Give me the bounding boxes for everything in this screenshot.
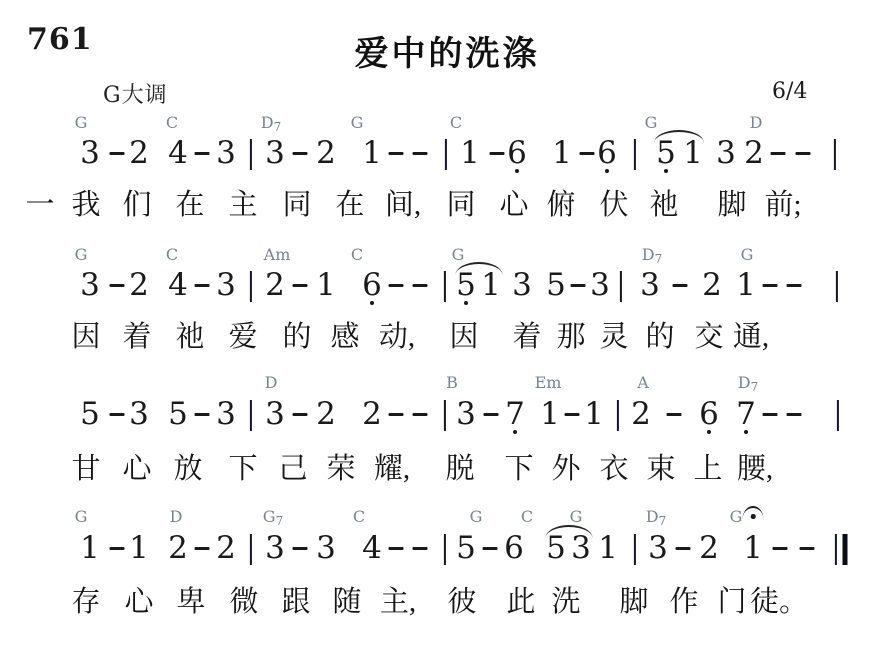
low-octave-dot: [744, 430, 748, 434]
note: 7: [505, 399, 525, 429]
hymn-title: 爱中的洗涤: [355, 26, 540, 75]
note: 1: [736, 270, 756, 300]
lyric-char: 衣: [599, 453, 628, 485]
duration-dash: [413, 152, 428, 155]
note: 2: [362, 399, 382, 429]
note: 3: [80, 270, 100, 300]
lyric-char: 在: [175, 189, 204, 221]
duration-dash: [293, 547, 308, 550]
note: 6: [504, 533, 524, 563]
lyric-char: 俯: [546, 189, 575, 221]
lyric-char: 的: [645, 321, 674, 353]
note: 1: [460, 138, 480, 168]
chord-label: Em: [535, 374, 562, 391]
note: 3: [648, 533, 668, 563]
duration-dash: [771, 152, 786, 155]
chord-label: C: [353, 508, 365, 525]
chord-label: D: [170, 508, 183, 525]
duration-dash: [110, 413, 125, 416]
lyric-char: 卑: [176, 586, 205, 618]
chord-label: C: [166, 114, 178, 131]
duration-dash: [389, 152, 404, 155]
barline: [620, 271, 622, 302]
duration-dash: [565, 413, 580, 416]
lyric-char: 作: [669, 586, 698, 618]
note: 1: [129, 533, 149, 563]
duration-dash: [293, 413, 308, 416]
note: 6: [362, 270, 382, 300]
note: 3: [640, 270, 660, 300]
chord-label: D7: [646, 508, 666, 525]
low-octave-dot: [515, 169, 519, 173]
lyric-char: 心: [499, 189, 528, 221]
note: 3: [265, 138, 285, 168]
chord-label: Am: [264, 246, 291, 263]
duration-dash: [195, 152, 210, 155]
barline: [836, 271, 838, 302]
low-octave-dot: [605, 169, 609, 173]
duration-dash: [667, 413, 682, 416]
lyric-char: 放: [173, 453, 202, 485]
note: 2: [129, 270, 149, 300]
barline: [250, 534, 252, 565]
chord-label: G: [75, 114, 88, 131]
chord-label: C: [351, 246, 363, 263]
duration-dash: [484, 413, 499, 416]
duration-dash: [673, 284, 688, 287]
lyric-char: 同: [446, 189, 475, 221]
note: 5: [80, 399, 100, 429]
duration-dash: [490, 152, 505, 155]
chord-label: D7: [738, 374, 758, 391]
note: 1: [316, 270, 336, 300]
duration-dash: [110, 152, 125, 155]
chord-label: D: [750, 114, 763, 131]
duration-dash: [763, 413, 778, 416]
duration-dash: [796, 152, 811, 155]
chord-label: G: [452, 246, 465, 263]
note: 2: [129, 138, 149, 168]
barline: [617, 400, 619, 431]
note: 3: [456, 399, 476, 429]
barline: [444, 534, 446, 565]
lyric-char: 前;: [764, 189, 801, 221]
note: 5: [168, 399, 188, 429]
barline: [445, 139, 447, 170]
duration-dash: [195, 413, 210, 416]
note: 3: [216, 270, 236, 300]
duration-dash: [763, 284, 778, 287]
lyric-char: 门: [717, 586, 746, 618]
lyric-char: 随: [332, 586, 361, 618]
time-signature: 6/4: [772, 79, 807, 104]
lyric-char: 同: [282, 189, 311, 221]
lyric-char: 那: [556, 321, 585, 353]
chord-label: C: [450, 114, 462, 131]
chord-label: G: [730, 508, 743, 525]
chord-label: D: [265, 374, 278, 391]
lyric-char: 在: [335, 189, 364, 221]
lyric-char: 们: [122, 189, 151, 221]
note: 2: [316, 138, 336, 168]
note: 3: [80, 138, 100, 168]
note: 1: [540, 399, 560, 429]
chord-label: G: [75, 508, 88, 525]
note: 6: [597, 138, 617, 168]
note: 2: [631, 399, 651, 429]
duration-dash: [773, 547, 788, 550]
low-octave-dot: [370, 301, 374, 305]
barline: [634, 534, 636, 565]
note: 4: [168, 138, 188, 168]
note: 1: [552, 138, 572, 168]
duration-dash: [389, 547, 404, 550]
note: 1: [743, 533, 763, 563]
note: 1: [80, 533, 100, 563]
note: 3: [129, 399, 149, 429]
lyric-char: 我: [71, 189, 100, 221]
duration-dash: [195, 284, 210, 287]
barline: [444, 271, 446, 302]
low-octave-dot: [707, 430, 711, 434]
note: 2: [265, 270, 285, 300]
lyric-char: 下: [228, 453, 257, 485]
note: 3: [316, 533, 336, 563]
note: 2: [744, 138, 764, 168]
note: 2: [216, 533, 236, 563]
barline: [837, 400, 839, 431]
barline: [834, 139, 836, 170]
duration-dash: [293, 284, 308, 287]
note: 3: [265, 533, 285, 563]
lyric-char: 心: [124, 586, 153, 618]
lyric-char: 爱: [228, 321, 257, 353]
note: 1: [584, 399, 604, 429]
note: 3: [590, 270, 610, 300]
note: 3: [716, 138, 736, 168]
hymn-number: 761: [27, 22, 93, 57]
key-signature: G大调: [103, 78, 168, 109]
lyric-char: 一: [25, 189, 54, 221]
note: 2: [316, 399, 336, 429]
duration-dash: [389, 284, 404, 287]
barline: [444, 400, 446, 431]
lyric-char: 己: [278, 453, 307, 485]
lyric-char: 伏: [599, 189, 628, 221]
note: 1: [362, 138, 382, 168]
lyric-char: 外: [551, 453, 580, 485]
note: 4: [168, 270, 188, 300]
lyric-char: 的: [282, 321, 311, 353]
note: 1: [598, 533, 618, 563]
lyric-char: 束: [646, 453, 675, 485]
note: 3: [265, 399, 285, 429]
chord-label: G: [75, 246, 88, 263]
lyric-char: 彼: [447, 586, 476, 618]
note: 4: [362, 533, 382, 563]
hymn-page: 761 爱中的洗涤 G大调 6/4 GCD7GCGD32433211616513…: [0, 0, 883, 659]
slur-arc: [654, 130, 704, 143]
duration-dash: [676, 547, 691, 550]
duration-dash: [483, 547, 498, 550]
lyric-char: 甘: [71, 453, 100, 485]
final-barline-thick: [843, 534, 848, 565]
lyric-char: 微: [229, 586, 258, 618]
lyric-char: 动,: [379, 321, 415, 353]
lyric-char: 下: [504, 453, 533, 485]
duration-dash: [571, 284, 586, 287]
chord-label: G7: [263, 508, 283, 525]
barline: [250, 400, 252, 431]
note: 6: [507, 138, 527, 168]
lyric-char: 荣: [326, 453, 355, 485]
lyric-char: 耀,: [374, 453, 410, 485]
note: 2: [168, 533, 188, 563]
chord-label: G: [741, 246, 754, 263]
lyric-char: 因: [71, 321, 100, 353]
note: 2: [699, 533, 719, 563]
lyric-char: 交: [694, 321, 723, 353]
slur-arc: [545, 525, 592, 538]
lyric-char: 主: [228, 189, 257, 221]
lyric-char: 脚: [717, 189, 746, 221]
chord-label: C: [166, 246, 178, 263]
duration-dash: [389, 413, 404, 416]
lyric-char: 徒。: [750, 586, 808, 618]
fermata-dot: [751, 514, 756, 519]
chord-label: A: [637, 374, 649, 391]
lyric-char: 因: [449, 321, 478, 353]
duration-dash: [413, 547, 428, 550]
chord-label: G: [645, 114, 658, 131]
lyric-char: 主,: [380, 586, 416, 618]
chord-label: G: [470, 508, 483, 525]
lyric-char: 着: [122, 321, 151, 353]
note: 3: [512, 270, 532, 300]
chord-label: G: [570, 508, 583, 525]
low-octave-dot: [664, 169, 668, 173]
chord-label: C: [521, 508, 533, 525]
barline: [634, 139, 636, 170]
duration-dash: [787, 413, 802, 416]
note: 3: [216, 138, 236, 168]
duration-dash: [195, 547, 210, 550]
lyric-char: 此: [506, 586, 535, 618]
duration-dash: [110, 284, 125, 287]
chord-label: D7: [642, 246, 662, 263]
lyric-char: 跟: [281, 586, 310, 618]
lyric-char: 上: [693, 453, 722, 485]
lyric-char: 通,: [733, 321, 769, 353]
duration-dash: [800, 547, 815, 550]
lyric-char: 心: [122, 453, 151, 485]
lyric-char: 祂: [649, 189, 678, 221]
lyric-char: 腰,: [737, 453, 773, 485]
lyric-char: 间,: [385, 189, 421, 221]
chord-label: D7: [261, 114, 281, 131]
chord-label: B: [446, 374, 458, 391]
lyric-char: 洗: [551, 586, 580, 618]
lyric-char: 存: [71, 586, 100, 618]
lyric-char: 感: [330, 321, 359, 353]
note: 5: [456, 533, 476, 563]
duration-dash: [110, 547, 125, 550]
chord-label: G: [351, 114, 364, 131]
barline: [250, 271, 252, 302]
note: 3: [216, 399, 236, 429]
lyric-char: 着: [512, 321, 541, 353]
barline: [250, 139, 252, 170]
note: 7: [736, 399, 756, 429]
final-barline-thin: [835, 534, 837, 565]
lyric-char: 脚: [619, 586, 648, 618]
duration-dash: [787, 284, 802, 287]
duration-dash: [413, 413, 428, 416]
lyric-char: 脱: [445, 453, 474, 485]
duration-dash: [293, 152, 308, 155]
note: 6: [699, 399, 719, 429]
low-octave-dot: [464, 301, 468, 305]
note: 5: [546, 270, 566, 300]
duration-dash: [413, 284, 428, 287]
low-octave-dot: [513, 430, 517, 434]
duration-dash: [580, 152, 595, 155]
lyric-char: 灵: [599, 321, 628, 353]
lyric-char: 祂: [175, 321, 204, 353]
note: 2: [702, 270, 722, 300]
